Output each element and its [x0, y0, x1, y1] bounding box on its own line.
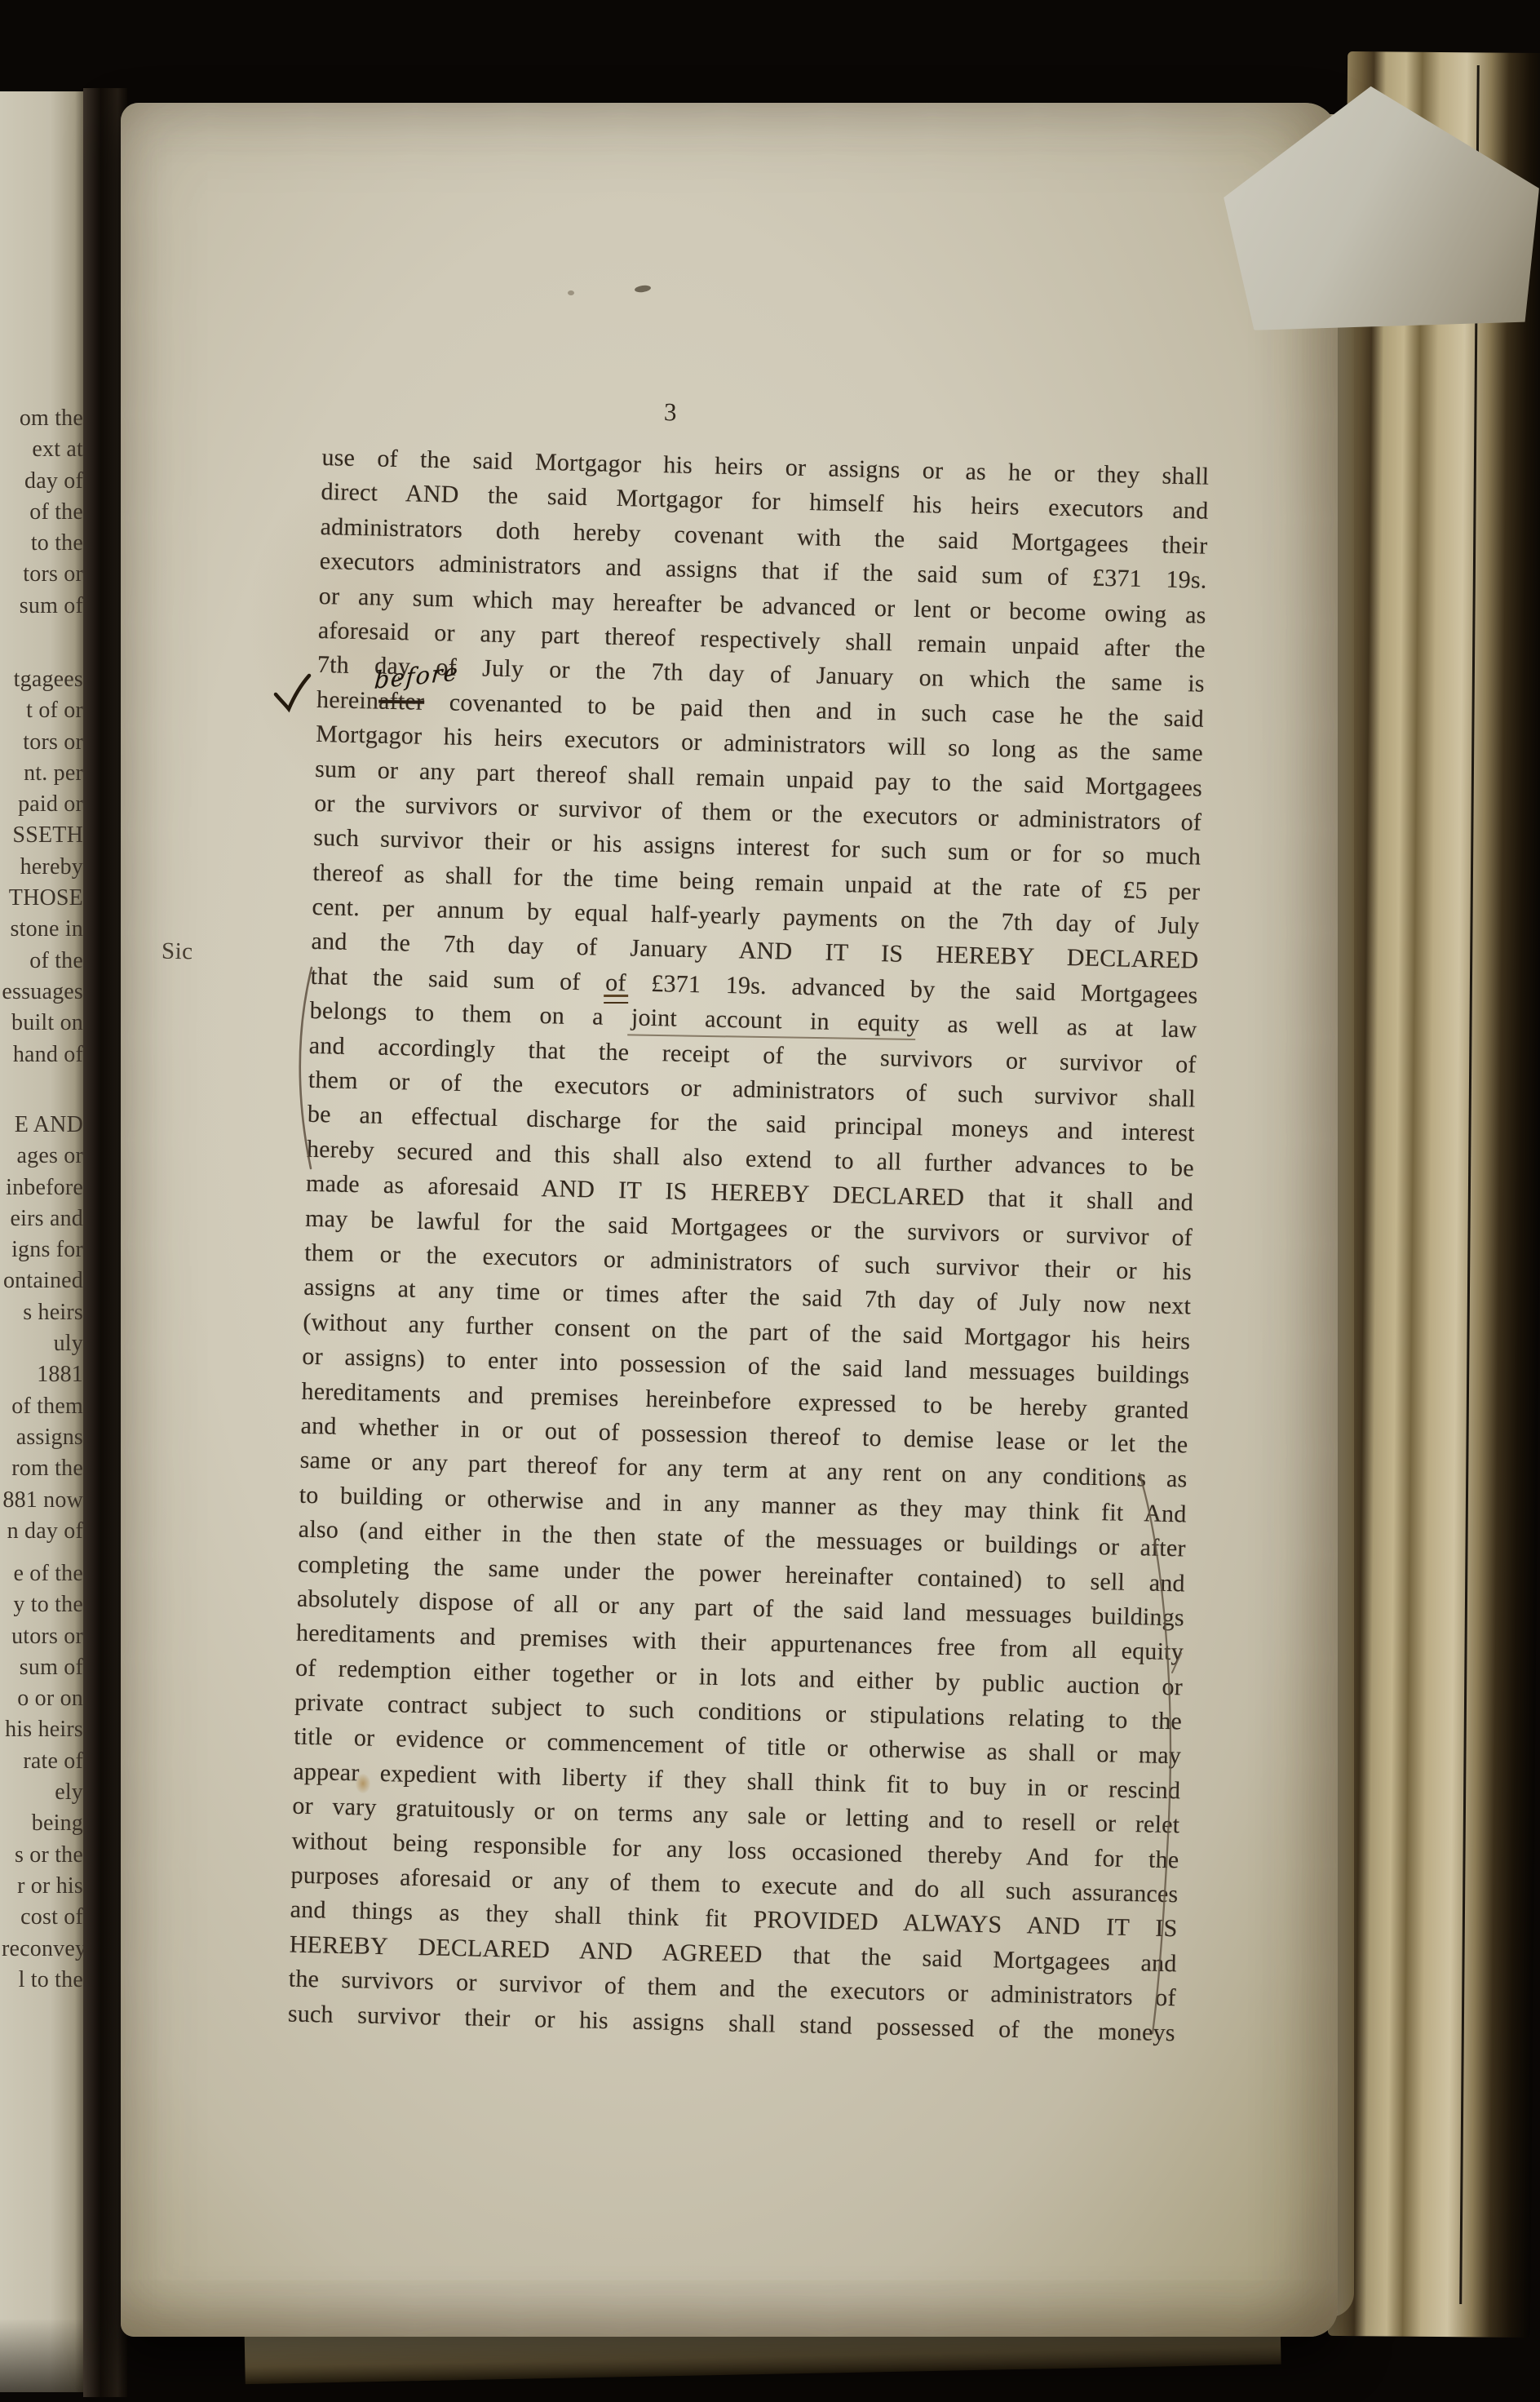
margin-fragment: cost of	[2, 1902, 83, 1933]
strip-shadow	[0, 2319, 91, 2392]
document-lines: use of the said Mortgagor his heirs or a…	[287, 441, 1209, 2050]
ink-smudge	[568, 290, 574, 295]
margin-fragment: E AND	[2, 1110, 83, 1141]
margin-fragment: ages or	[2, 1141, 83, 1172]
document-page: 3 use of the said Mortgagor his heirs or…	[121, 103, 1338, 2337]
margin-fragment: nt. per	[2, 758, 83, 789]
margin-fragment: hand of	[2, 1039, 83, 1070]
margin-fragment: tors or	[2, 727, 83, 758]
margin-fragment: 881 now	[2, 1485, 83, 1516]
margin-fragment: l to the	[2, 1965, 83, 1996]
margin-fragment: to the	[2, 528, 83, 559]
margin-group-3: E ANDages orinbeforeeirs andigns foronta…	[2, 1110, 83, 1547]
margin-fragment: e of the	[2, 1558, 83, 1589]
margin-group-1: om theext atday ofof theto thetors orsum…	[2, 403, 83, 622]
margin-group-4: e of they to theutors orsum ofo or onhis…	[2, 1558, 83, 1996]
text-block: 3 use of the said Mortgagor his heirs or…	[287, 441, 1209, 2050]
margin-fragment: sum of	[2, 1652, 83, 1683]
margin-fragment: rom the	[2, 1453, 83, 1484]
margin-fragment: built on	[2, 1008, 83, 1039]
margin-fragment: utors or	[2, 1621, 83, 1652]
margin-fragment: igns for	[2, 1234, 83, 1265]
margin-fragment: of the	[2, 497, 83, 528]
margin-fragment: reconvey	[2, 1934, 83, 1965]
margin-fragment: y to the	[2, 1589, 83, 1620]
margin-fragment: of them	[2, 1391, 83, 1422]
margin-fragment: sum of	[2, 591, 83, 622]
margin-fragment: hereby	[2, 852, 83, 883]
margin-fragment: n day of	[2, 1516, 83, 1547]
margin-fragment: paid or	[2, 789, 83, 820]
adjacent-page-strip: om theext atday ofof theto thetors orsum…	[0, 91, 91, 2392]
document-scan: { "page": { "number": "3", "annotations"…	[0, 0, 1540, 2402]
margin-fragment: THOSE	[2, 883, 83, 914]
margin-fragment: ely being	[2, 1777, 83, 1840]
margin-fragment: s heirs	[2, 1297, 83, 1328]
margin-fragment: SSETH	[2, 820, 83, 851]
margin-fragment: his heirs	[2, 1714, 83, 1745]
margin-fragment: of the	[2, 946, 83, 977]
page-number: 3	[645, 397, 695, 428]
sic-annotation: Sic	[162, 938, 193, 966]
margin-fragment: inbefore	[2, 1172, 83, 1203]
margin-group-2: tgageest of ortors ornt. perpaid orSSETH…	[2, 664, 83, 1070]
margin-fragment: o or on	[2, 1683, 83, 1714]
margin-fragment: ext at	[2, 434, 83, 465]
margin-fragment: stone in	[2, 914, 83, 945]
margin-fragment: uly 1881	[2, 1328, 83, 1391]
margin-fragment: s or the	[2, 1840, 83, 1871]
book-page-edges	[1328, 51, 1540, 2338]
margin-fragment: ontained	[2, 1265, 83, 1296]
margin-fragment: tors or	[2, 559, 83, 590]
margin-fragment: assigns	[2, 1422, 83, 1453]
margin-fragment: day of	[2, 466, 83, 497]
margin-fragment: rate of	[2, 1746, 83, 1777]
margin-fragment: tgagees	[2, 664, 83, 695]
margin-fragment: om the	[2, 403, 83, 434]
margin-fragment: eirs and	[2, 1203, 83, 1234]
margin-fragment: essuages	[2, 977, 83, 1008]
ink-smudge	[635, 285, 652, 294]
margin-fragment: r or his	[2, 1871, 83, 1902]
margin-fragment: t of or	[2, 695, 83, 726]
